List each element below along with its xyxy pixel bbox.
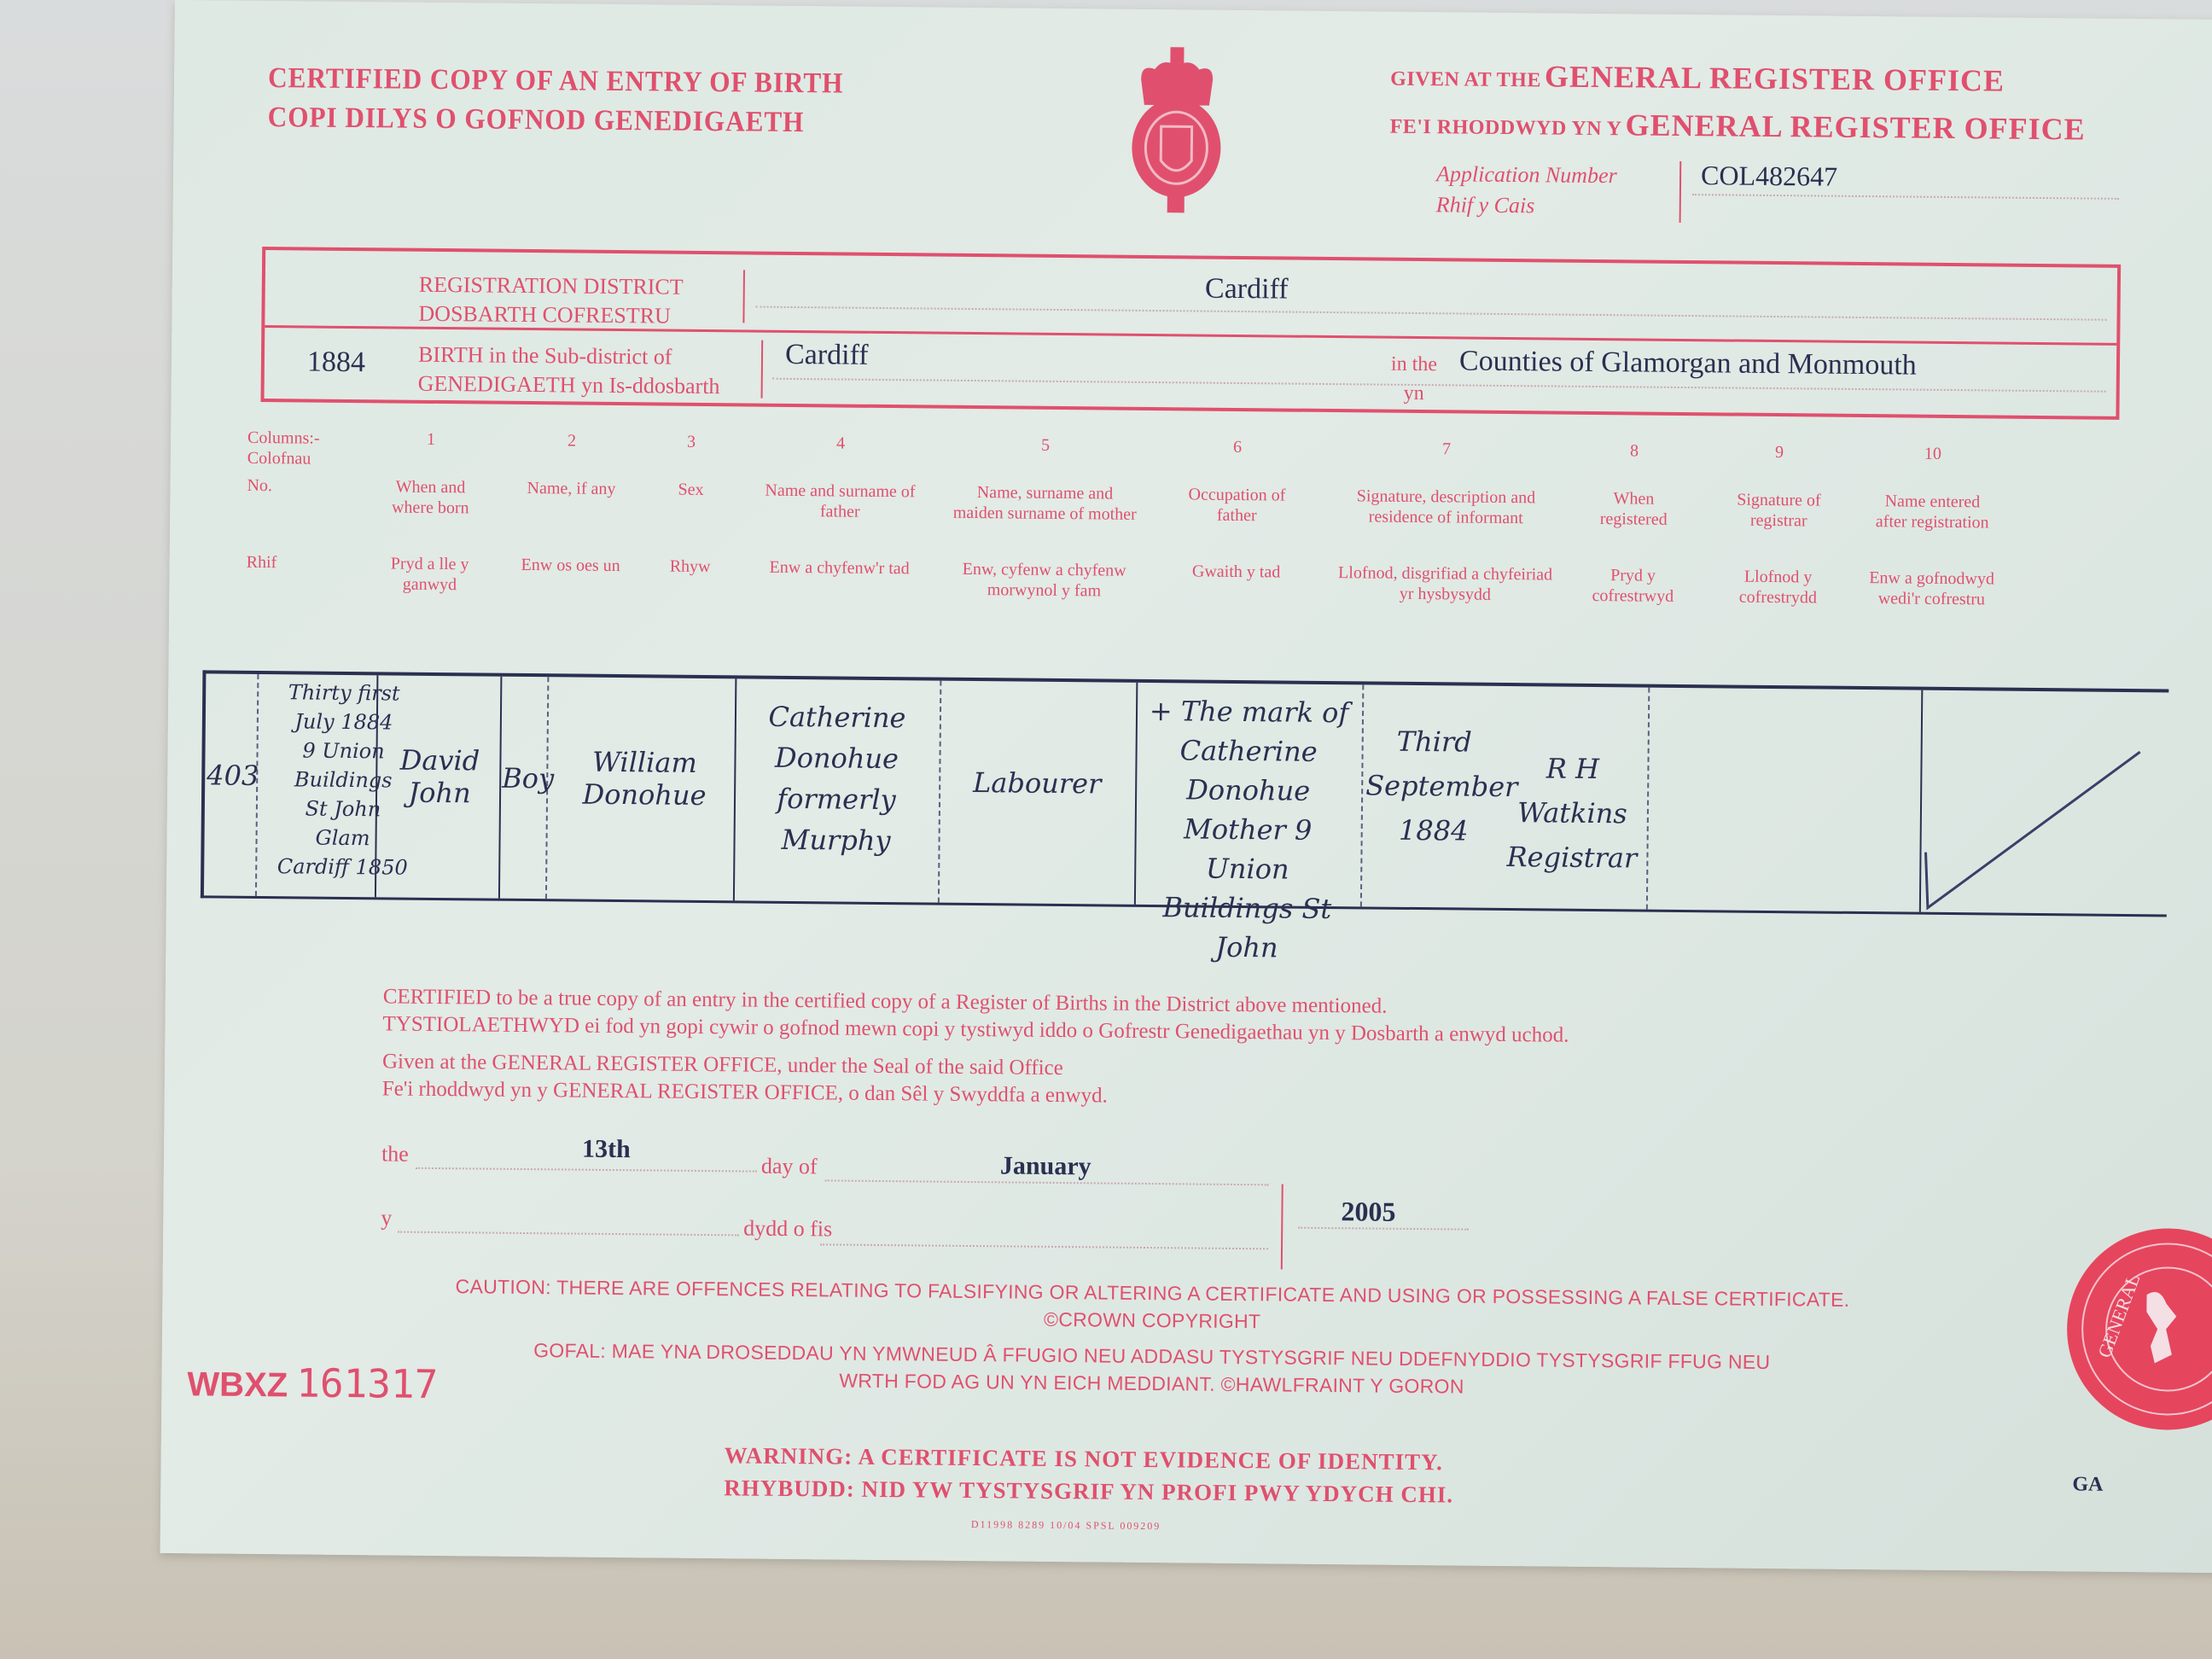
district-label: REGISTRATION DISTRICT DOSBARTH COFRESTRU xyxy=(418,271,683,331)
certificate-serial: WBXZ161317 xyxy=(187,1359,438,1407)
date-the-label: the xyxy=(381,1141,409,1167)
title-english: CERTIFIED COPY OF AN ENTRY OF BIRTH xyxy=(268,59,844,103)
checkmark-icon xyxy=(1921,742,2145,914)
county-label: in the yn xyxy=(1390,350,1437,409)
divider xyxy=(733,678,736,900)
registration-district: Cardiff xyxy=(1119,272,1375,307)
given-at-office: GIVEN AT THE GENERAL REGISTER OFFICE FE'… xyxy=(1389,55,2086,157)
caution-english: CAUTION: THERE ARE OFFENCES RELATING TO … xyxy=(452,1272,1853,1341)
initials: GA xyxy=(2072,1473,2103,1496)
county: Counties of Glamorgan and Monmouth xyxy=(1459,345,1917,381)
dotted-rule xyxy=(1692,194,2119,200)
divider xyxy=(761,341,764,399)
dotted-rule xyxy=(820,1243,1268,1249)
warning-text: WARNING: A CERTIFICATE IS NOT EVIDENCE O… xyxy=(724,1439,1453,1511)
column-header-name: 2 Name, if any Enw os oes un xyxy=(503,430,641,577)
registration-year: 1884 xyxy=(307,346,365,380)
entry-father: William Donohue xyxy=(563,745,726,812)
day-of-label-welsh: dydd o fis xyxy=(743,1215,832,1242)
entry-informant: + The mark of Catherine Donohue Mother 9… xyxy=(1138,691,1358,968)
entry-registrar: R H Watkins Registrar xyxy=(1501,746,1643,881)
subdistrict: Cardiff xyxy=(785,339,869,372)
birth-certificate: CERTIFIED COPY OF AN ENTRY OF BIRTH COPI… xyxy=(160,0,2212,1573)
print-code: D11998 8289 10/04 SPSL 009209 xyxy=(971,1518,1161,1533)
column-header-father: 4 Name and surname of father Enw a chyfe… xyxy=(750,433,931,579)
application-number: COL482647 xyxy=(1701,160,1837,193)
certification-day: 13th xyxy=(582,1135,631,1165)
column-header-informant: 7 Signature, description and residence o… xyxy=(1330,438,1562,606)
entry-sex: Boy xyxy=(502,762,544,795)
column-header-sex: 3 Sex Rhyw xyxy=(648,431,735,577)
subdistrict-label: BIRTH in the Sub-district of GENEDIGAETH… xyxy=(418,341,720,401)
entry-when-registered: Third September 1884 xyxy=(1365,719,1502,853)
registration-box: REGISTRATION DISTRICT DOSBARTH COFRESTRU… xyxy=(260,247,2121,420)
divider xyxy=(1360,684,1364,906)
date-the-label-welsh: y xyxy=(381,1205,392,1231)
divider xyxy=(742,270,745,323)
column-header-when-registered: 8 When registered Pryd y cofrestrwyd xyxy=(1577,440,1690,607)
entry-mother: Catherine Donohue formerly Murphy xyxy=(742,696,931,861)
certificate-title: CERTIFIED COPY OF AN ENTRY OF BIRTH COPI… xyxy=(267,59,843,143)
certification-month: January xyxy=(1000,1151,1091,1181)
divider xyxy=(1134,683,1138,905)
title-welsh: COPI DILYS O GOFNOD GENEDIGAETH xyxy=(267,98,843,143)
register-entry-row: 403 Thirty first July 1884 9 Union Build… xyxy=(201,670,2168,917)
day-of-label: day of xyxy=(761,1154,818,1180)
entry-number: 403 xyxy=(207,759,254,792)
column-header-no: Columns:- Colofnau No. Rhif xyxy=(247,428,342,573)
divider xyxy=(1679,161,1682,223)
entry-occupation: Labourer xyxy=(943,766,1131,800)
general-register-office-seal-icon: GENERAL xyxy=(2064,1225,2212,1432)
application-number-label: Application Number Rhif y Cais xyxy=(1436,159,1617,222)
column-header-registrar: 9 Signature of registrar Llofnod y cofre… xyxy=(1714,441,1843,608)
column-header-mother: 5 Name, surname and maiden surname of mo… xyxy=(950,434,1139,602)
dotted-rule xyxy=(756,306,2107,321)
royal-crest-icon xyxy=(1125,45,1229,217)
divider xyxy=(938,681,941,903)
entry-name: David John xyxy=(384,743,496,809)
column-header-name-after: 10 Name entered after registration Enw a… xyxy=(1867,443,1997,609)
divider xyxy=(1281,1185,1284,1270)
dotted-rule xyxy=(398,1231,739,1237)
divider xyxy=(1646,688,1650,910)
column-header-occupation: 6 Occupation of father Gwaith y tad xyxy=(1168,436,1307,583)
dotted-rule xyxy=(416,1167,757,1173)
column-header-when-where: 1 When and where born Pryd a lle y ganwy… xyxy=(374,428,486,595)
certification-text: CERTIFIED to be a true copy of an entry … xyxy=(382,983,1569,1114)
certification-year: 2005 xyxy=(1341,1196,1395,1228)
caution-welsh: GOFAL: MAE YNA DROSEDDAU YN YMWNEUD Â FF… xyxy=(520,1336,1784,1403)
